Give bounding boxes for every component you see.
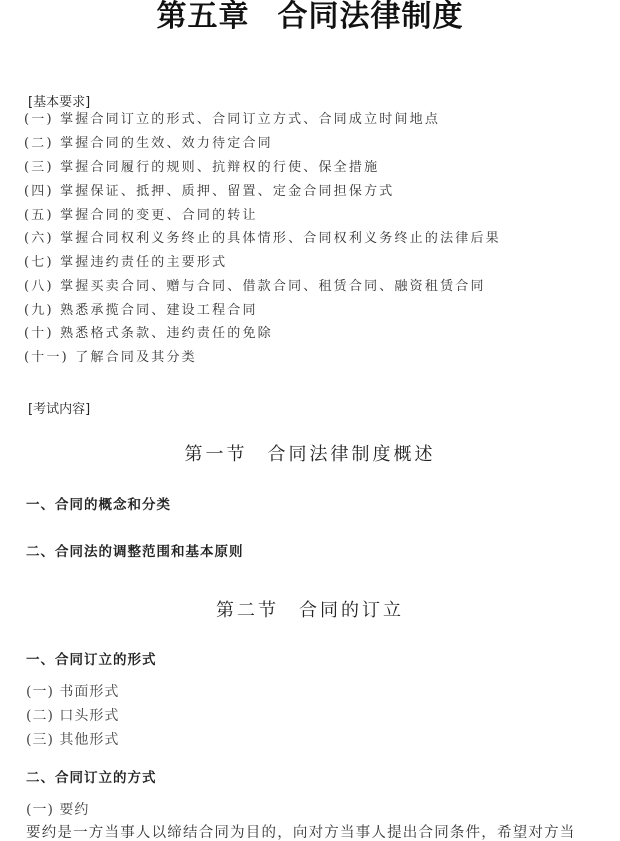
- requirement-item: (五) 掌握合同的变更、合同的转让: [24, 208, 258, 224]
- chapter-name: 合同法律制度: [278, 0, 464, 34]
- requirement-item: (八) 掌握买卖合同、赠与合同、借款合同、租赁合同、融资租赁合同: [24, 279, 486, 295]
- form-item: (三) 其他形式: [26, 729, 119, 749]
- subsection-heading: 二、合同订立的方式: [26, 766, 157, 786]
- requirement-item: (十) 熟悉格式条款、违约责任的免除: [24, 326, 273, 342]
- requirement-item: (二) 掌握合同的生效、效力待定合同: [24, 136, 273, 152]
- chapter-title: 第五章合同法律制度: [0, 0, 620, 34]
- requirement-item: (十一) 了解合同及其分类: [24, 350, 197, 366]
- sub-item: (一) 要约: [26, 799, 89, 819]
- paragraph-text: 要约是一方当事人以缔结合同为目的，向对方当事人提出合同条件，希望对方当: [26, 821, 576, 841]
- section-title: 第一节合同法律制度概述: [0, 440, 620, 466]
- requirement-item: (四) 掌握保证、抵押、质押、留置、定金合同担保方式: [24, 184, 394, 200]
- form-item: (一) 书面形式: [26, 681, 119, 701]
- subsection-heading: 一、合同订立的形式: [26, 648, 157, 668]
- section-number: 第一节: [185, 444, 248, 465]
- requirement-item: (九) 熟悉承揽合同、建设工程合同: [24, 303, 258, 319]
- section-name: 合同法律制度概述: [268, 444, 436, 465]
- requirement-item: (七) 掌握违约责任的主要形式: [24, 255, 227, 271]
- exam-content-label: [考试内容]: [28, 398, 90, 417]
- chapter-number: 第五章: [157, 0, 250, 34]
- subsection-heading: 二、合同法的调整范围和基本原则: [26, 540, 244, 560]
- basic-requirements-label: [基本要求]: [28, 91, 90, 110]
- subsection-heading: 一、合同的概念和分类: [26, 493, 171, 513]
- requirement-item: (一) 掌握合同订立的形式、合同订立方式、合同成立时间地点: [24, 112, 440, 128]
- form-item: (二) 口头形式: [26, 705, 119, 725]
- section-number: 第二节: [216, 600, 279, 621]
- requirement-item: (三) 掌握合同履行的规则、抗辩权的行使、保全措施: [24, 160, 379, 176]
- section-title: 第二节合同的订立: [0, 596, 620, 622]
- section-name: 合同的订立: [299, 600, 404, 621]
- requirement-item: (六) 掌握合同权利义务终止的具体情形、合同权利义务终止的法律后果: [24, 231, 501, 247]
